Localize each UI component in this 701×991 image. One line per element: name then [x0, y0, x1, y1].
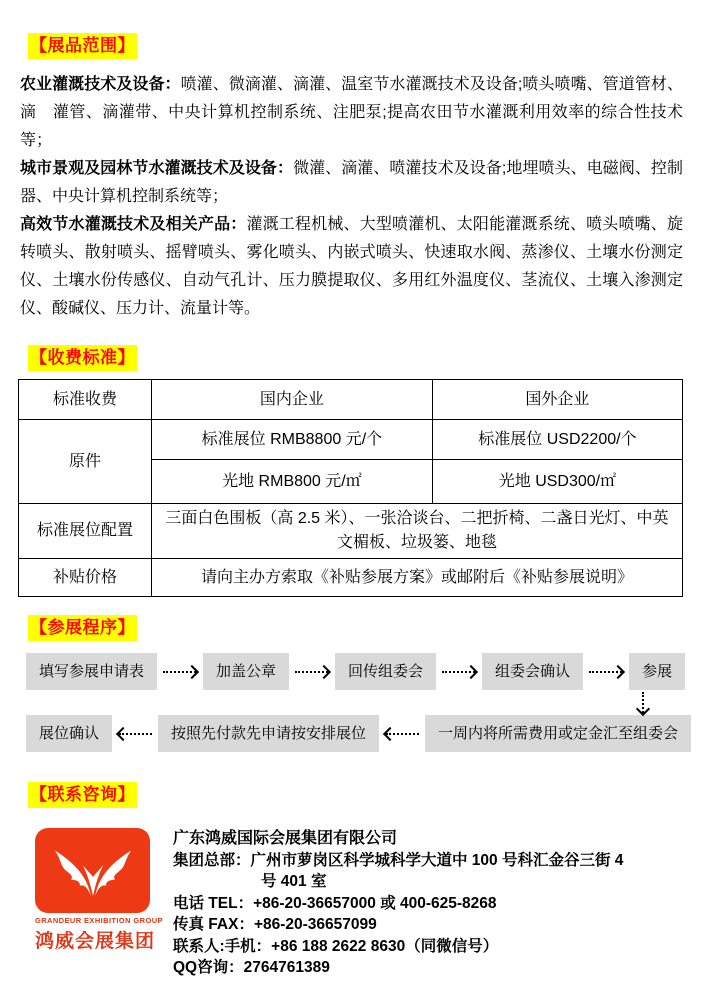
logo-mark — [35, 828, 150, 913]
qq-line: QQ咨询：2764761389 — [173, 957, 623, 979]
dotted-arrow-right-icon — [157, 667, 203, 677]
fee-raw-foreign-cell: 光地 USD300/㎡ — [432, 460, 682, 504]
paragraph-landscape: 城市景观及园林节水灌溉技术及设备：微灌、滴灌、喷灌技术及设备;地埋喷头、电磁阀、… — [20, 155, 683, 211]
flow-step-fill-application: 填写参展申请表 — [26, 653, 157, 690]
flow-step-first-pay-first-assign: 按照先付款先申请按安排展位 — [158, 715, 379, 752]
flowchart-row-2: 展位确认 按照先付款先申请按安排展位 一周内将所需费用或定金汇至组委会 — [26, 715, 675, 752]
dotted-arrow-right-icon — [289, 667, 335, 677]
fee-config-value-cell: 三面白色围板（高 2.5 米）、一张洽谈台、二把折椅、二盏日光灯、中英文楣板、垃… — [151, 504, 682, 559]
flow-step-stamp-seal: 加盖公章 — [203, 653, 289, 690]
table-row-header: 标准收费 国内企业 国外企业 — [19, 380, 683, 420]
section-title-fees: 【收费标准】 — [28, 345, 137, 371]
paragraph-lead: 高效节水灌溉技术及相关产品： — [20, 216, 246, 233]
flow-step-return-to-committee: 回传组委会 — [335, 653, 436, 690]
hq-address-line2: 号 401 室 — [173, 871, 623, 893]
paragraph-agriculture: 农业灌溉技术及设备：喷灌、微滴灌、滴灌、温室节水灌溉技术及设备;喷头喷嘴、管道管… — [20, 71, 683, 155]
dotted-arrow-left-icon — [112, 729, 158, 739]
exhibit-scope-paragraphs: 农业灌溉技术及设备：喷灌、微滴灌、滴灌、温室节水灌溉技术及设备;喷头喷嘴、管道管… — [20, 71, 683, 323]
flow-step-remit-fees: 一周内将所需费用或定金汇至组委会 — [425, 715, 691, 752]
fee-table: 标准收费 国内企业 国外企业 原件 标准展位 RMB8800 元/个 标准展位 … — [18, 379, 683, 597]
fee-price-row-label-cell: 原件 — [19, 420, 152, 504]
table-row-standard-booth: 原件 标准展位 RMB8800 元/个 标准展位 USD2200/个 — [19, 420, 683, 460]
flowchart-row-1: 填写参展申请表 加盖公章 回传组委会 组委会确认 参展 — [26, 653, 675, 690]
flow-step-booth-confirm: 展位确认 — [26, 715, 112, 752]
table-row-subsidy: 补贴价格 请向主办方索取《补贴参展方案》或邮附后《补贴参展说明》 — [19, 559, 683, 597]
fee-subsidy-value-cell: 请向主办方索取《补贴参展方案》或邮附后《补贴参展说明》 — [151, 559, 682, 597]
dotted-arrow-right-icon — [436, 667, 482, 677]
table-row-booth-config: 标准展位配置 三面白色围板（高 2.5 米）、一张洽谈台、二把折椅、二盏日光灯、… — [19, 504, 683, 559]
fee-foreign-header-cell: 国外企业 — [432, 380, 682, 420]
fee-standard-domestic-cell: 标准展位 RMB8800 元/个 — [151, 420, 432, 460]
procedure-flowchart: 填写参展申请表 加盖公章 回传组委会 组委会确认 参展 展位确认 按照先付款先申… — [26, 653, 675, 752]
document-page: 【展品范围】 农业灌溉技术及设备：喷灌、微滴灌、滴灌、温室节水灌溉技术及设备;喷… — [0, 0, 701, 991]
hq-address-line1: 集团总部：广州市萝岗区科学城科学大道中 100 号科汇金谷三街 4 — [173, 850, 623, 872]
fee-standard-foreign-cell: 标准展位 USD2200/个 — [432, 420, 682, 460]
telephone-line: 电话 TEL：+86-20-36657000 或 400-625-8268 — [173, 893, 623, 915]
fax-line: 传真 FAX：+86-20-36657099 — [173, 914, 623, 936]
contact-section: GRANDEUR EXHIBITION GROUP 鸿威会展集团 广东鸿威国际会… — [35, 828, 683, 979]
logo-english-text: GRANDEUR EXHIBITION GROUP — [35, 916, 153, 925]
mobile-line: 联系人:手机：+86 188 2622 8630（同微信号） — [173, 936, 623, 958]
grandeur-logo: GRANDEUR EXHIBITION GROUP 鸿威会展集团 — [35, 828, 153, 979]
wings-icon — [49, 840, 137, 902]
dotted-arrow-right-icon — [583, 667, 629, 677]
dotted-arrow-left-icon — [379, 729, 425, 739]
company-name: 广东鸿威国际会展集团有限公司 — [173, 828, 623, 850]
fee-raw-domestic-cell: 光地 RMB800 元/㎡ — [151, 460, 432, 504]
fee-domestic-header-cell: 国内企业 — [151, 380, 432, 420]
paragraph-lead: 城市景观及园林节水灌溉技术及设备： — [20, 160, 293, 177]
contact-details: 广东鸿威国际会展集团有限公司 集团总部：广州市萝岗区科学城科学大道中 100 号… — [173, 828, 623, 979]
fee-subsidy-row-label-cell: 补贴价格 — [19, 559, 152, 597]
logo-chinese-text: 鸿威会展集团 — [35, 926, 153, 953]
paragraph-lead: 农业灌溉技术及设备： — [20, 76, 181, 93]
section-title-contact: 【联系咨询】 — [28, 782, 137, 808]
fee-config-row-label-cell: 标准展位配置 — [19, 504, 152, 559]
flow-step-exhibit: 参展 — [629, 653, 685, 690]
dotted-arrow-down-icon — [638, 692, 648, 714]
section-title-exhibit-scope: 【展品范围】 — [28, 33, 137, 59]
section-title-procedure: 【参展程序】 — [28, 615, 137, 641]
fee-header-label-cell: 标准收费 — [19, 380, 152, 420]
paragraph-efficient-irrigation: 高效节水灌溉技术及相关产品：灌溉工程机械、大型喷灌机、太阳能灌溉系统、喷头喷嘴、… — [20, 211, 683, 323]
flow-step-committee-confirm: 组委会确认 — [482, 653, 583, 690]
